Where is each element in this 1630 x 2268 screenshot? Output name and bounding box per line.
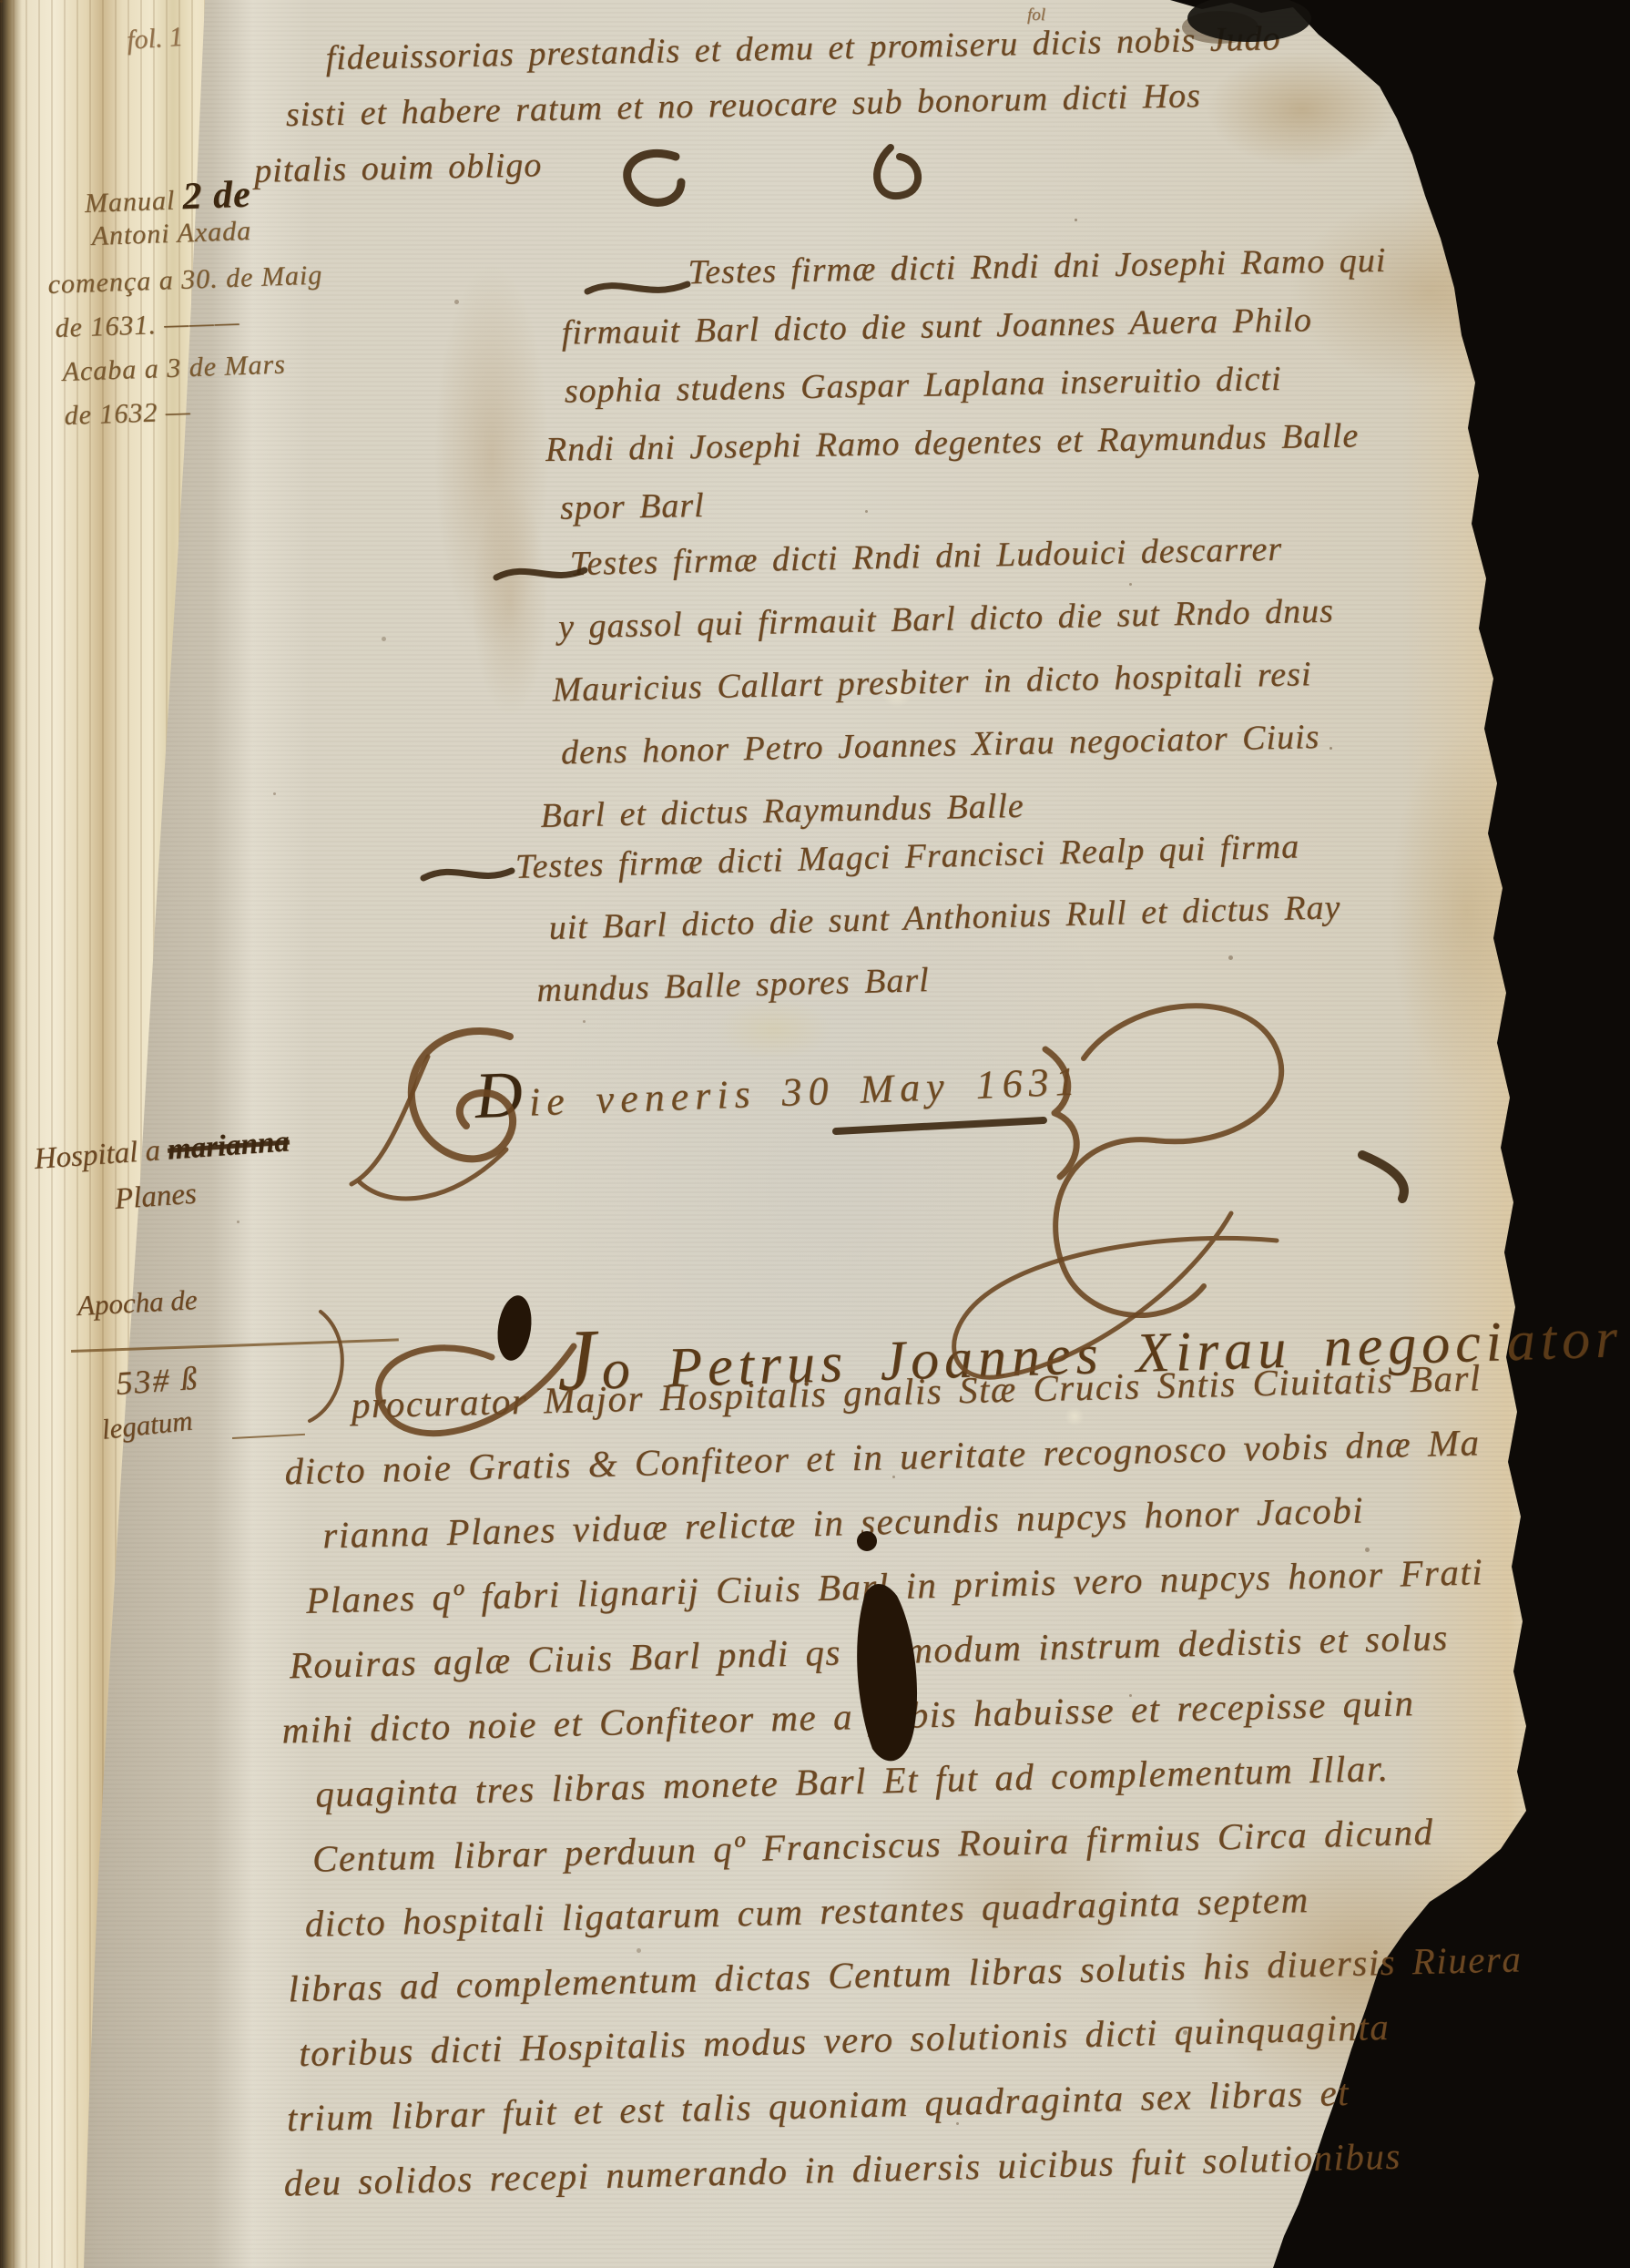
margin-note-apocha: Apocha de — [76, 1283, 198, 1323]
opening-paragraph: fideuissorias prestandis et demu et prom… — [246, 11, 1284, 199]
paper-specks — [0, 0, 3, 3]
act-body: procurator Major Hospitalis gnalis Stæ C… — [260, 1345, 1527, 2216]
manuscript-scan: fol. 1 fol fideuissorias prestandis et d… — [0, 0, 1630, 2268]
testes-clause-1: Testes firmæ dicti Rndi dni Josephi Ramo… — [542, 231, 1391, 537]
testes-clause-2: Testes firmæ dicti Rndi dni Ludouici des… — [535, 517, 1339, 848]
margin-note-hospital: Hospital a marianna Planes — [33, 1119, 294, 1227]
register-title-note: Manual 2 de — [84, 173, 252, 222]
margin-note-amount: 53# ß — [115, 1359, 200, 1403]
register-notary-name: Antoni Axada — [91, 216, 252, 252]
margin-note-hospital-scribble: marianna — [167, 1125, 290, 1166]
register-volume-number: 2 de — [182, 174, 252, 219]
register-end-date-2: de 1632 — — [64, 396, 191, 432]
margin-note-hospital-text: Hospital a — [33, 1134, 168, 1176]
testes-clause-3: Testes firmæ dicti Magci Francisci Realp… — [510, 814, 1343, 1022]
folio-number: fol. 1 — [126, 22, 184, 56]
register-title-word: Manual — [84, 186, 175, 219]
register-start-date-2: de 1631. ——— — [55, 307, 240, 344]
